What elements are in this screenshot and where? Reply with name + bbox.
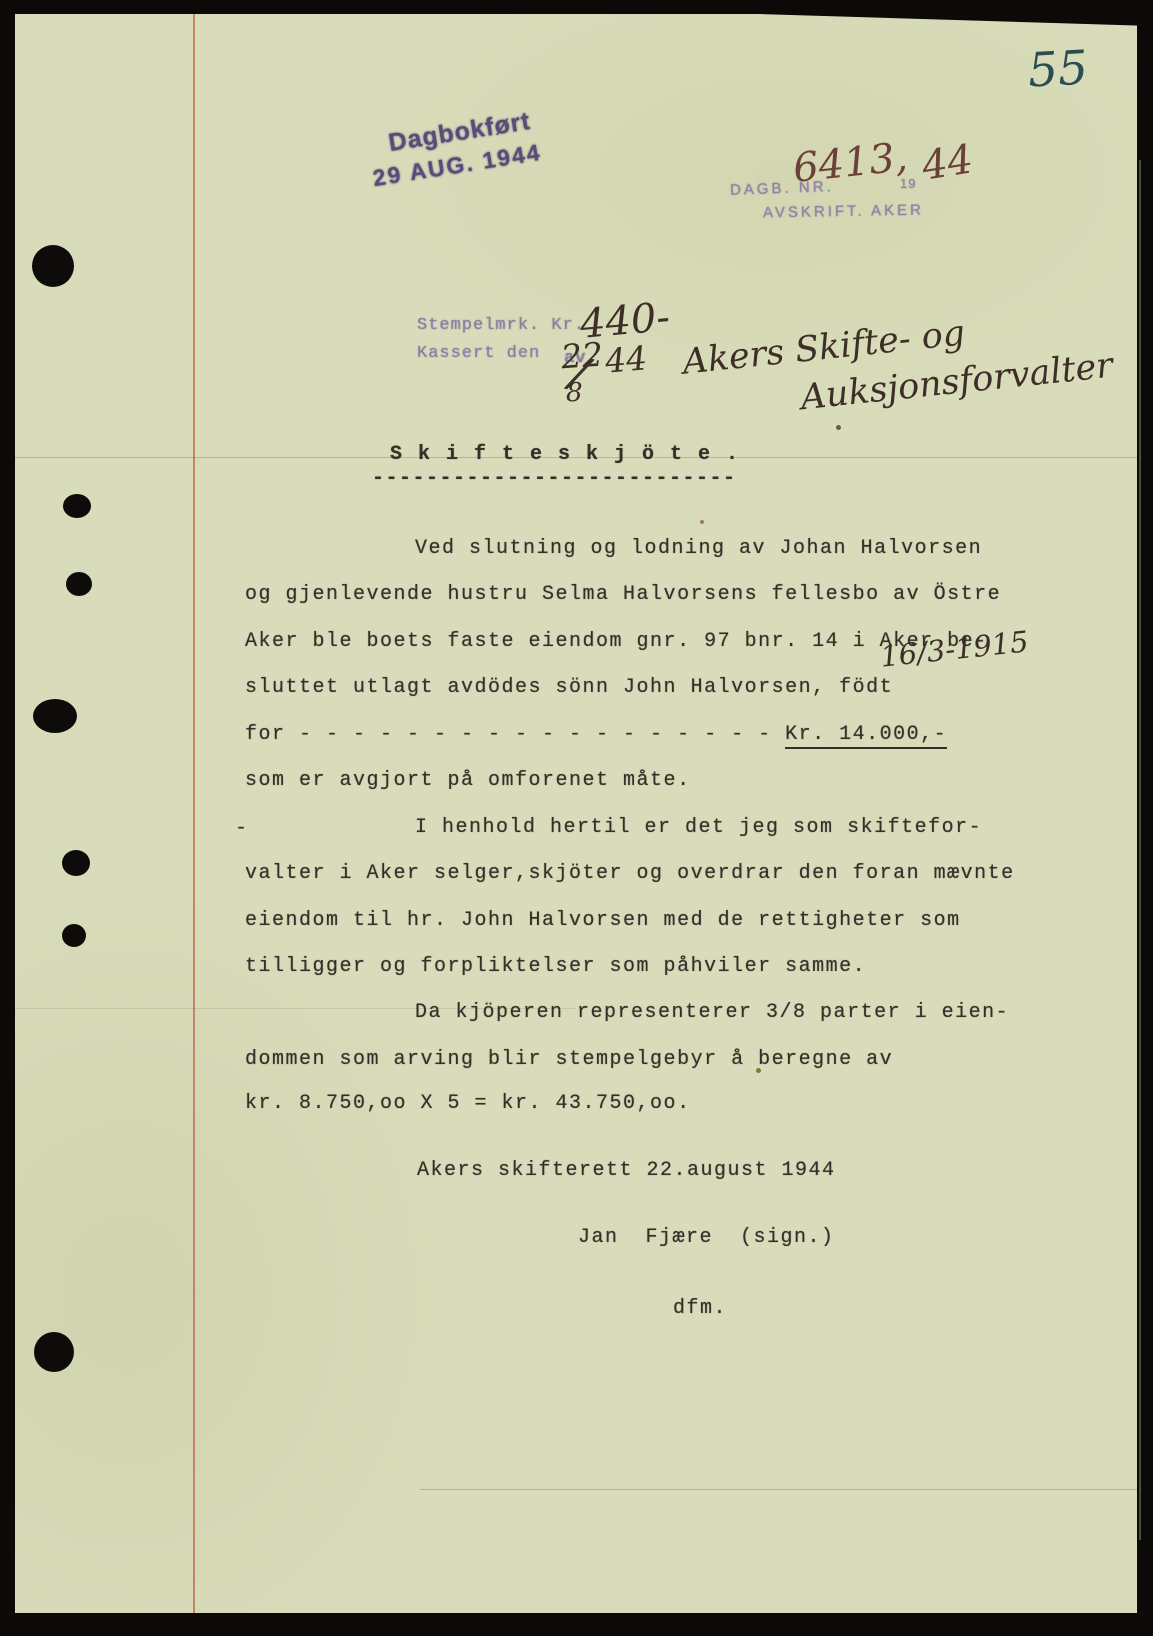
- date-year-handwritten: 44: [603, 338, 648, 381]
- punch-hole: [32, 245, 74, 287]
- body-line: for - - - - - - - - - - - - - - - - - - …: [245, 724, 947, 746]
- punch-hole: [63, 494, 91, 518]
- body-line: I henhold hertil er det jeg som skiftefo…: [415, 817, 982, 839]
- punch-hole: [66, 572, 92, 596]
- body-line: valter i Aker selger,skjöter og overdrar…: [245, 863, 1015, 885]
- body-line: Da kjöperen representerer 3/8 parter i e…: [415, 1002, 1009, 1024]
- scan-edge-bottom: [0, 1613, 1153, 1636]
- stempelmrk-stamp-label: Stempelmrk. Kr.: [417, 316, 585, 335]
- date-month-handwritten: 8: [566, 378, 583, 408]
- punch-hole: [62, 850, 90, 876]
- paper-crease: [420, 1489, 1137, 1490]
- page-number-handwritten: 55: [1027, 40, 1090, 98]
- scan-artifact-line: [1139, 160, 1141, 1540]
- paper-speck: [836, 425, 841, 430]
- punch-hole: [34, 1332, 74, 1372]
- closing-line: Akers skifterett 22.august 1944: [417, 1160, 836, 1182]
- signature-line: Jan Fjære (sign.): [578, 1227, 835, 1249]
- avskrift-aker-stamp: AVSKRIFT. AKER: [763, 202, 924, 222]
- margin-dash: -: [235, 818, 249, 840]
- body-line: Ved slutning og lodning av Johan Halvors…: [415, 538, 982, 560]
- body-line: tilligger og forpliktelser som påhviler …: [245, 956, 866, 978]
- scan-edge-left: [0, 0, 15, 1636]
- paper-speck: [700, 520, 704, 524]
- body-line: Aker ble boets faste eiendom gnr. 97 bnr…: [245, 631, 988, 653]
- punch-hole: [62, 924, 86, 947]
- body-line: eiendom til hr. John Halvorsen med de re…: [245, 910, 961, 932]
- paper-sheet: [15, 14, 1137, 1613]
- kassert-stamp-label: Kassert den: [417, 344, 540, 363]
- body-line: sluttet utlagt avdödes sönn John Halvors…: [245, 677, 893, 699]
- price-line-dashes: for - - - - - - - - - - - - - - - - - -: [245, 723, 785, 746]
- printed-year-prefix: 19: [900, 176, 916, 191]
- body-line: og gjenlevende hustru Selma Halvorsens f…: [245, 584, 1001, 606]
- body-line: dommen som arving blir stempelgebyr å be…: [245, 1049, 893, 1071]
- body-line: kr. 8.750,oo X 5 = kr. 43.750,oo.: [245, 1093, 691, 1115]
- document-title: S k i f t e s k j ö t e .: [390, 444, 740, 466]
- scanned-document-page: 55 Dagbokført 29 AUG. 1944 DAGB. NR. 641…: [0, 0, 1153, 1636]
- margin-rule-line: [193, 14, 195, 1613]
- journal-year-handwritten: 44: [919, 136, 976, 189]
- title-underline: ---------------------------: [372, 468, 737, 490]
- initials-line: dfm.: [673, 1298, 727, 1320]
- punch-hole: [33, 699, 77, 733]
- body-line: som er avgjort på omforenet måte.: [245, 770, 691, 792]
- price-amount: Kr. 14.000,-: [785, 723, 947, 749]
